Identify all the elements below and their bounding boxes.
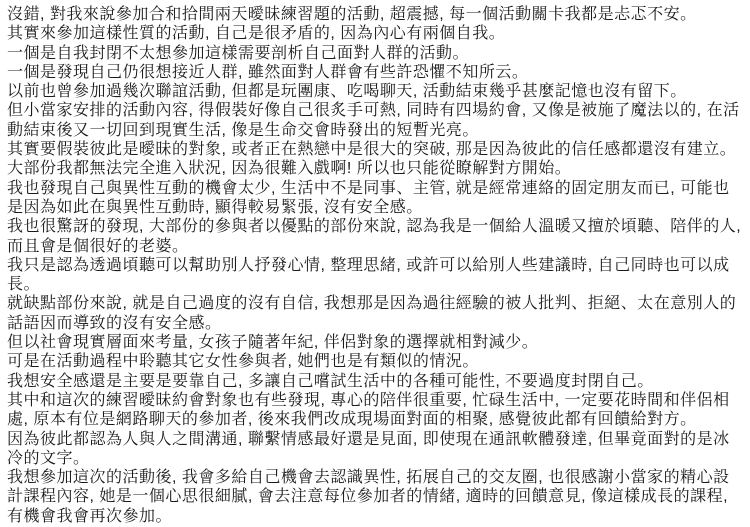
text-line: 我也很驚訝的發現, 大部份的參與者以優點的部份來說, 認為我是一個給人溫暖又擅於… (7, 217, 744, 236)
text-line: 以前也曾參加過幾次聯誼活動, 但都是玩團康、吃喝聊天, 活動結束幾乎甚麼記憶也沒… (7, 82, 744, 101)
text-line: 長。 (7, 275, 744, 294)
text-line: 其實要假裝彼此是曖昧的對象, 或者正在熱戀中是很大的突破, 那是因為彼此的信任感… (7, 140, 744, 159)
text-line: 計課程內容, 她是一個心思很細膩, 會去注意每位參加者的情緒, 適時的回饋意見,… (7, 487, 744, 506)
text-line: 因為彼此都認為人與人之間溝通, 聯繫情感最好還是見面, 即使現在通訊軟體發達, … (7, 430, 744, 449)
text-line: 處, 原本有位是網路聊天的參加者, 後來我們改成現場面對面的相聚, 感覺彼此都有… (7, 410, 744, 429)
text-line: 我想安全感還是主要是要靠自己, 多讓自己嚐試生活中的各種可能性, 不要過度封閉自… (7, 372, 744, 391)
text-line: 其實來參加這樣性質的活動, 自己是很矛盾的, 因為內心有兩個自我。 (7, 24, 744, 43)
text-line: 而且會是個很好的老婆。 (7, 237, 744, 256)
text-line: 有機會我會再次參加。 (7, 507, 744, 526)
text-line: 冷的文字。 (7, 449, 744, 468)
text-line: 一個是發現自己仍很想接近人群, 雖然面對人群會有些許恐懼不知所云。 (7, 63, 744, 82)
text-line: 我想參加這次的活動後, 我會多給自己機會去認識異性, 拓展自己的交友圈, 也很感… (7, 468, 744, 487)
text-line: 我也發現自己與異性互動的機會太少, 生活中不是同事、主管, 就是經常連絡的固定朋… (7, 179, 744, 198)
text-line: 話語因而導致的沒有安全感。 (7, 314, 744, 333)
text-line: 但以社會現實層面來考量, 女孩子隨著年紀, 伴侶對象的選擇就相對減少。 (7, 333, 744, 352)
text-line: 可是在活動過程中聆聽其它女性參與者, 她們也是有類似的情況。 (7, 352, 744, 371)
text-line: 一個是自我封閉不太想參加這樣需要剖析自己面對人群的活動。 (7, 44, 744, 63)
text-line: 我只是認為透過頃聽可以幫助別人抒發心情, 整理思緒, 或許可以給別人些建議時, … (7, 256, 744, 275)
document-page: 沒錯, 對我來說參加合和拾間兩天曖昧練習題的活動, 超震撼, 每一個活動關卡我都… (0, 0, 750, 527)
text-line: 就缺點部份來說, 就是自己過度的沒有自信, 我想那是因為過往經驗的被人批判、拒絕… (7, 294, 744, 313)
text-line: 動結束後又一切回到現實生活, 像是生命交會時發出的短暫光亮。 (7, 121, 744, 140)
text-line: 大部份我都無法完全進入狀況, 因為很難入戲啊! 所以也只能從瞭解對方開始。 (7, 159, 744, 178)
text-line: 其中和這次的練習曖昧約會對象也有些發現, 專心的陪伴很重要, 忙碌生活中, 一定… (7, 391, 744, 410)
review-text-block: 沒錯, 對我來說參加合和拾間兩天曖昧練習題的活動, 超震撼, 每一個活動關卡我都… (7, 5, 744, 526)
text-line: 是因為如此在與異性互動時, 顯得較易緊張, 沒有安全感。 (7, 198, 744, 217)
text-line: 沒錯, 對我來說參加合和拾間兩天曖昧練習題的活動, 超震撼, 每一個活動關卡我都… (7, 5, 744, 24)
text-line: 但小當家安排的活動內容, 得假裝好像自己很炙手可熱, 同時有四場約會, 又像是被… (7, 101, 744, 120)
